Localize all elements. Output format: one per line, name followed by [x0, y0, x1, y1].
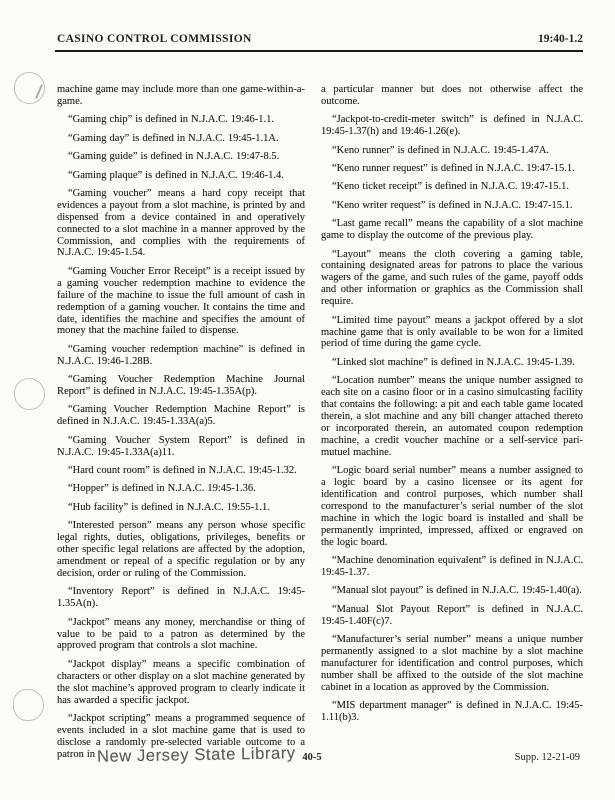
- page-number: 40-5: [302, 752, 321, 763]
- definition-paragraph: “Hopper” is defined in N.J.A.C. 19:45-1.…: [57, 483, 305, 495]
- definition-paragraph: “Gaming guide” is defined in N.J.A.C. 19…: [57, 151, 305, 163]
- definition-paragraph: “Keno runner request” is defined in N.J.…: [321, 163, 583, 175]
- definition-paragraph: “Last game recall” means the capability …: [321, 218, 583, 242]
- hole-punch-mark: [13, 377, 47, 412]
- definition-paragraph: “Gaming Voucher Error Receipt” is a rece…: [57, 266, 305, 337]
- definition-paragraph: “Gaming plaque” is defined in N.J.A.C. 1…: [57, 170, 305, 182]
- definition-paragraph: “Jackpot display” means a specific combi…: [57, 659, 305, 707]
- definition-paragraph: “Machine denomination equivalent” is def…: [321, 555, 583, 579]
- definition-paragraph: “Gaming day” is defined in N.J.A.C. 19:4…: [57, 133, 305, 145]
- header-title: CASINO CONTROL COMMISSION: [57, 33, 252, 45]
- definition-paragraph: “Gaming Voucher Redemption Machine Journ…: [57, 374, 305, 398]
- definition-paragraph: “Gaming voucher redemption machine” is d…: [57, 344, 305, 368]
- two-column-body: machine game may include more than one g…: [57, 84, 583, 767]
- definition-paragraph: “MIS department manager” is defined in N…: [321, 700, 583, 724]
- definition-paragraph: “Gaming Voucher System Report” is define…: [57, 435, 305, 459]
- hole-punch-mark: [13, 689, 44, 721]
- definition-paragraph: “Keno ticket receipt” is defined in N.J.…: [321, 181, 583, 193]
- definition-paragraph: “Jackpot-to-credit-meter switch” is defi…: [321, 114, 583, 138]
- definition-paragraph: “Gaming Voucher Redemption Machine Repor…: [57, 404, 305, 428]
- definition-paragraph: machine game may include more than one g…: [57, 84, 305, 108]
- definition-paragraph: “Inventory Report” is defined in N.J.A.C…: [57, 586, 305, 610]
- definition-paragraph: “Interested person” means any person who…: [57, 520, 305, 580]
- header-section-code: 19:40-1.2: [538, 33, 583, 45]
- page-header: CASINO CONTROL COMMISSION 19:40-1.2: [57, 33, 583, 45]
- definition-paragraph: “Gaming chip” is defined in N.J.A.C. 19:…: [57, 114, 305, 126]
- definition-paragraph: “Keno runner” is defined in N.J.A.C. 19:…: [321, 145, 583, 157]
- definition-paragraph: “Layout” means the cloth covering a gami…: [321, 249, 583, 309]
- supplement-date: Supp. 12-21-09: [515, 752, 580, 763]
- scanned-document-page: CASINO CONTROL COMMISSION 19:40-1.2 mach…: [0, 0, 615, 800]
- library-stamp: New Jersey State Library: [97, 744, 296, 766]
- definition-paragraph: “Logic board serial number” means a numb…: [321, 465, 583, 548]
- definition-paragraph: “Linked slot machine” is defined in N.J.…: [321, 357, 583, 369]
- definition-paragraph: “Manual Slot Payout Report” is defined i…: [321, 604, 583, 628]
- right-column: a particular manner but does not otherwi…: [321, 84, 583, 767]
- definition-paragraph: “Keno writer request” is defined in N.J.…: [321, 200, 583, 212]
- definition-paragraph: “Location number” means the unique numbe…: [321, 375, 583, 458]
- definition-paragraph: “Limited time payout” means a jackpot of…: [321, 315, 583, 351]
- definition-paragraph: “Hub facility” is defined in N.J.A.C. 19…: [57, 502, 305, 514]
- definition-paragraph: a particular manner but does not otherwi…: [321, 84, 583, 108]
- definition-paragraph: “Manual slot payout” is defined in N.J.A…: [321, 585, 583, 597]
- header-rule: [55, 50, 583, 52]
- definition-paragraph: “Manufacturer’s serial number” means a u…: [321, 634, 583, 694]
- definition-paragraph: “Jackpot” means any money, merchandise o…: [57, 617, 305, 653]
- left-column: machine game may include more than one g…: [57, 84, 305, 767]
- hole-punch-mark: [12, 70, 47, 106]
- definition-paragraph: “Gaming voucher” means a hard copy recei…: [57, 188, 305, 259]
- definition-paragraph: “Hard count room” is defined in N.J.A.C.…: [57, 465, 305, 477]
